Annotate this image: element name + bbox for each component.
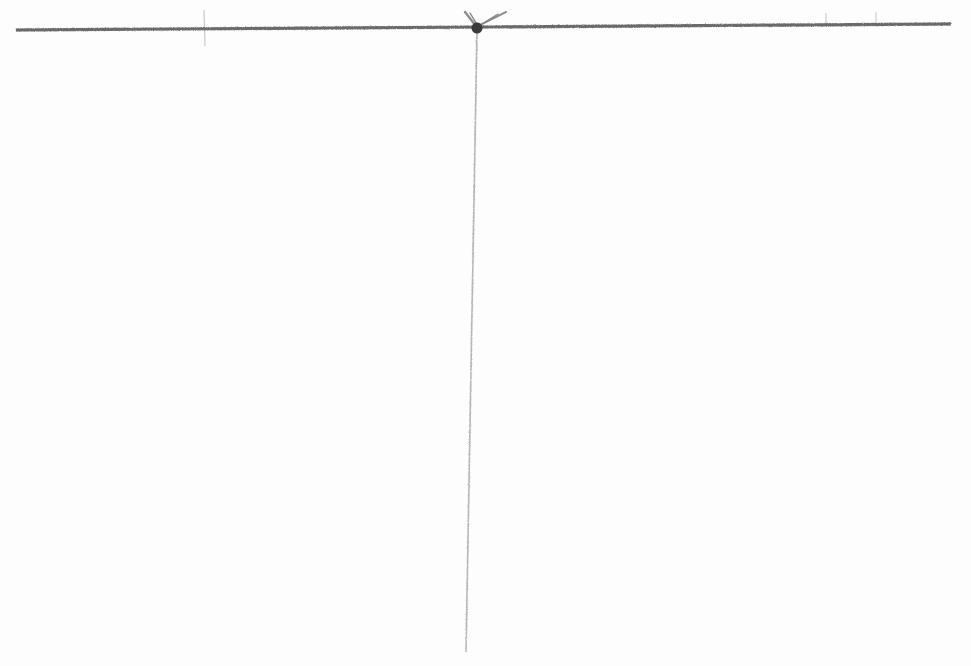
paper-background — [0, 0, 971, 666]
pencil-sketch — [0, 0, 971, 666]
vanishing-point — [472, 23, 483, 34]
